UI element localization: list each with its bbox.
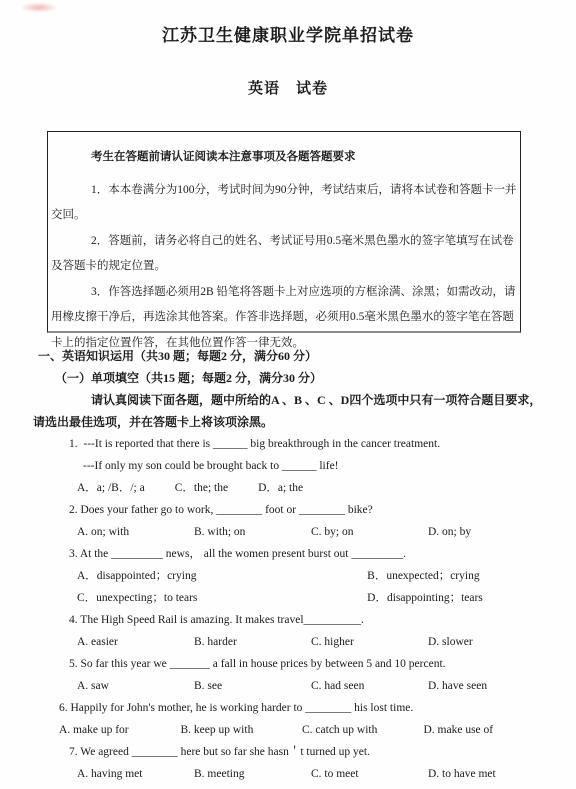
question-block: 3. At the _________ news， all the women …	[69, 543, 545, 609]
option: C. had seen	[311, 675, 428, 697]
option: B. see	[194, 675, 311, 697]
option: D. have seen	[428, 675, 545, 697]
option: B. meeting	[194, 763, 311, 785]
option-row: A. on; withB. with; onC. by; onD. on; by	[77, 521, 545, 543]
option: C．the; the	[175, 477, 228, 499]
question-text: 2. Does your father go to work, ________…	[69, 499, 545, 521]
option: B. keep up with	[181, 719, 303, 741]
question-block: 5. So far this year we _______ a fall in…	[69, 653, 545, 697]
option-row: A. sawB. seeC. had seenD. have seen	[77, 675, 545, 697]
notice-box: 考生在答题前请认证阅读本注意事项及各题答题要求 1．本本卷满分为100分，考试时…	[47, 131, 521, 333]
option-row: A. make up forB. keep up withC. catch up…	[59, 719, 545, 741]
option: D. make use of	[424, 719, 546, 741]
question-text: 7. We agreed ________ here but so far sh…	[69, 741, 545, 763]
option-row: A．a; /B．/; aC．the; theD．a; the	[77, 477, 545, 499]
question-block: 2. Does your father go to work, ________…	[69, 499, 545, 543]
question-text: ---If only my son could be brought back …	[83, 455, 545, 477]
option-row: A．disappointed；cryingB．unexpected；crying	[77, 565, 545, 587]
option: A. make up for	[59, 719, 181, 741]
question-block: 6. Happily for John's mother, he is work…	[59, 697, 545, 741]
option: C. by; on	[311, 521, 428, 543]
page-title: 江苏卫生健康职业学院单招试卷	[0, 21, 576, 46]
option: A. having met	[77, 763, 194, 785]
question-block: 1. ---It is reported that there is _____…	[69, 433, 545, 499]
option: D. slower	[428, 631, 545, 653]
section-subheading: （一）单项填空（共15 题；每题2 分，满分30 分）	[55, 367, 545, 389]
option: C. to meet	[311, 763, 428, 785]
question-text: 6. Happily for John's mother, he is work…	[59, 697, 545, 719]
red-stamp-mark	[22, 3, 56, 12]
exam-body: 一、英语知识运用（共30 题；每题2 分，满分60 分） （一）单项填空（共15…	[0, 345, 576, 785]
question-text: 1. ---It is reported that there is _____…	[69, 433, 545, 455]
notice-heading: 考生在答题前请认证阅读本注意事项及各题答题要求	[51, 145, 517, 171]
option: D. to have met	[428, 763, 545, 785]
option: B．unexpected；crying	[367, 565, 479, 587]
exam-paper-page: { "colors": { "text": "#1b1b1b", "box_bo…	[0, 0, 576, 789]
questions: 1. ---It is reported that there is _____…	[33, 433, 545, 785]
option: A．a; /B．/; a	[77, 477, 145, 499]
option: A. saw	[77, 675, 194, 697]
option: B. harder	[194, 631, 311, 653]
question-text: 4. The High Speed Rail is amazing. It ma…	[69, 609, 545, 631]
option: D. on; by	[428, 521, 545, 543]
option-row: A. having metB. meetingC. to meetD. to h…	[77, 763, 545, 785]
option: D．disappointing；tears	[367, 587, 483, 609]
notice-item: 2．答题前，请务必将自己的姓名、考试证号用0.5毫米黑色墨水的签字笔填写在试卷及…	[51, 229, 517, 280]
question-block: 4. The High Speed Rail is amazing. It ma…	[69, 609, 545, 653]
option: C. higher	[311, 631, 428, 653]
option: B. with; on	[194, 521, 311, 543]
option: C. catch up with	[302, 719, 424, 741]
section-instruction: 请认真阅读下面各题，题中所给的A 、B 、C 、D四个选项中只有一项符合题目要求…	[33, 389, 545, 433]
question-text: 5. So far this year we _______ a fall in…	[69, 653, 545, 675]
question-text: 3. At the _________ news， all the women …	[69, 543, 545, 565]
option: D．a; the	[258, 477, 303, 499]
section-heading: 一、英语知识运用（共30 题；每题2 分，满分60 分）	[38, 345, 545, 367]
option: C．unexpecting；to tears	[77, 587, 367, 609]
option-row: C．unexpecting；to tearsD．disappointing；te…	[77, 587, 545, 609]
option: A. on; with	[77, 521, 194, 543]
page-subtitle: 英语 试卷	[0, 77, 576, 98]
option: A．disappointed；crying	[77, 565, 367, 587]
notice-item: 1．本本卷满分为100分，考试时间为90分钟，考试结束后，请将本试卷和答题卡一并…	[51, 178, 517, 229]
option-row: A. easierB. harderC. higherD. slower	[77, 631, 545, 653]
option: A. easier	[77, 631, 194, 653]
question-block: 7. We agreed ________ here but so far sh…	[69, 741, 545, 785]
